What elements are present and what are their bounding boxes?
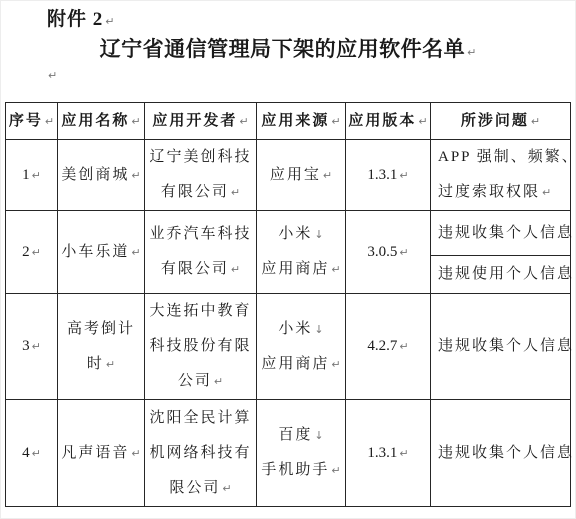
paragraph-mark-icon: ↵	[131, 104, 140, 140]
cell-text: 辽宁美创科技	[149, 149, 251, 165]
cell-text: 应用版本	[348, 113, 416, 129]
cell-text: 4	[22, 445, 30, 461]
cell-line: 违规收集个人信息↵	[438, 436, 570, 471]
developer-cell: 业乔汽车科技有限公司↵	[145, 211, 257, 294]
paragraph-mark-icon: ↵	[32, 436, 41, 471]
cell-line: 4.2.7↵	[346, 329, 430, 364]
table-header-row: 序号↵应用名称↵应用开发者↵应用来源↵应用版本↵所涉问题↵	[6, 103, 571, 140]
cell-line: 3.0.5↵	[346, 235, 430, 270]
issue-cell: 违规收集个人信息↵	[431, 294, 571, 400]
cell-line: 限公司↵	[145, 471, 256, 506]
cell-line: 应用宝↵	[257, 158, 345, 193]
cell-line: 业乔汽车科技	[145, 217, 256, 252]
line-break-mark-icon: ↓	[314, 217, 323, 252]
source-cell: 小米↓应用商店↵	[257, 211, 346, 294]
version-cell: 1.3.1↵	[346, 400, 431, 507]
cell-line: 美创商城↵	[58, 158, 144, 193]
cell-text: 机网络科技有	[149, 445, 251, 461]
column-header: 应用开发者↵	[145, 103, 257, 140]
paragraph-mark-icon: ↵	[131, 235, 140, 270]
cell-line: 应用商店↵	[257, 347, 345, 382]
cell-line: 违规收集个人信息↵	[438, 216, 570, 251]
cell-text: 3	[22, 338, 30, 354]
table-row: 4↵凡声语音↵沈阳全民计算机网络科技有限公司↵百度↓手机助手↵1.3.1↵违规收…	[6, 400, 571, 507]
cell-text: 限公司	[169, 480, 220, 496]
cell-text: 公司	[178, 373, 212, 389]
cell-line: 1.3.1↵	[346, 158, 430, 193]
paragraph-mark-icon: ↵	[399, 436, 408, 471]
column-header: 所涉问题↵	[431, 103, 571, 140]
seq-cell: 1↵	[6, 140, 58, 211]
document-page: { "document": { "attachment_label": "附件 …	[0, 0, 576, 519]
cell-line: 小米↓	[257, 217, 345, 252]
cell-text: 2	[22, 244, 30, 260]
paragraph-mark-icon: ↵	[105, 15, 114, 28]
cell-text: 小车乐道	[61, 244, 129, 260]
cell-line: 高考倒计	[58, 312, 144, 347]
cell-line: 有限公司↵	[145, 175, 256, 210]
cell-line: 科技股份有限	[145, 329, 256, 364]
paragraph-mark-icon: ↵	[214, 364, 223, 399]
attachment-label-text: 附件 2	[47, 9, 103, 30]
paragraph-mark-icon: ↵	[106, 347, 115, 382]
version-cell: 3.0.5↵	[346, 211, 431, 294]
version-cell: 4.2.7↵	[346, 294, 431, 400]
paragraph-mark-icon: ↵	[331, 252, 340, 287]
cell-text: 4.2.7	[367, 338, 397, 354]
table-row: 3↵高考倒计时↵大连拓中教育科技股份有限公司↵小米↓应用商店↵4.2.7↵违规收…	[6, 294, 571, 400]
attachment-label: 附件 2↵	[47, 4, 114, 31]
source-cell: 小米↓应用商店↵	[257, 294, 346, 400]
app-name-cell: 凡声语音↵	[58, 400, 145, 507]
paragraph-mark-icon: ↵	[399, 235, 408, 270]
cell-text: 时	[87, 356, 104, 372]
cell-line: 违规使用个人信息↵	[438, 257, 570, 292]
cell-text: 大连拓中教育	[149, 303, 251, 319]
cell-text: 百度	[278, 427, 312, 443]
paragraph-mark-icon: ↵	[331, 104, 340, 140]
cell-text: 1.3.1	[367, 167, 397, 183]
issue-cell: APP 强制、频繁、↓过度索取权限↵	[431, 140, 571, 211]
cell-line: 时↵	[58, 347, 144, 382]
column-header: 序号↵	[6, 103, 58, 140]
cell-text: 应用名称	[61, 113, 129, 129]
cell-line: 应用名称↵	[58, 103, 144, 139]
cell-line: APP 强制、频繁、↓	[438, 140, 570, 175]
developer-cell: 大连拓中教育科技股份有限公司↵	[145, 294, 257, 400]
issue-cell: 违规收集个人信息↵	[431, 400, 571, 507]
cell-line: 4↵	[6, 436, 57, 471]
paragraph-mark-icon: ↵	[418, 104, 427, 140]
paragraph-mark-icon: ↵	[131, 158, 140, 193]
cell-text: 小米	[278, 321, 312, 337]
paragraph-mark-icon: ↵	[48, 69, 57, 82]
cell-text: 过度索取权限	[438, 184, 540, 200]
cell-line: 手机助手↵	[257, 453, 345, 488]
cell-line: 沈阳全民计算	[145, 401, 256, 436]
line-break-mark-icon: ↓	[314, 418, 323, 453]
table-row: 2↵小车乐道↵业乔汽车科技有限公司↵小米↓应用商店↵3.0.5↵违规收集个人信息…	[6, 211, 571, 256]
cell-text: 有限公司	[161, 261, 229, 277]
source-cell: 应用宝↵	[257, 140, 346, 211]
cell-text: 凡声语音	[61, 445, 129, 461]
cell-line: 应用商店↵	[257, 252, 345, 287]
seq-cell: 2↵	[6, 211, 58, 294]
paragraph-mark-icon: ↵	[542, 175, 551, 210]
paragraph-mark-icon: ↵	[32, 158, 41, 193]
cell-line: 百度↓	[257, 418, 345, 453]
cell-text: 序号	[9, 113, 43, 129]
cell-text: 所涉问题	[461, 113, 529, 129]
cell-line: 应用开发者↵	[145, 103, 256, 139]
app-removal-table: 序号↵应用名称↵应用开发者↵应用来源↵应用版本↵所涉问题↵ 1↵美创商城↵辽宁美…	[5, 102, 571, 507]
cell-text: 1	[22, 167, 30, 183]
paragraph-mark-icon: ↵	[231, 175, 240, 210]
cell-line: 3↵	[6, 329, 57, 364]
line-break-mark-icon: ↓	[314, 312, 323, 347]
paragraph-mark-icon: ↵	[399, 158, 408, 193]
cell-line: 公司↵	[145, 364, 256, 399]
cell-line: 大连拓中教育	[145, 294, 256, 329]
paragraph-mark-icon: ↵	[32, 235, 41, 270]
cell-text: 1.3.1	[367, 445, 397, 461]
cell-text: 手机助手	[261, 462, 329, 478]
cell-text: 违规收集个人信息	[438, 445, 574, 461]
cell-text: 应用商店	[261, 261, 329, 277]
cell-line: 小车乐道↵	[58, 235, 144, 270]
paragraph-mark-icon: ↵	[45, 104, 54, 140]
issue-cell: 违规使用个人信息↵	[431, 256, 571, 294]
cell-line: 1↵	[6, 158, 57, 193]
cell-line: 应用版本↵	[346, 103, 430, 139]
seq-cell: 3↵	[6, 294, 58, 400]
paragraph-mark-icon: ↵	[231, 252, 240, 287]
column-header: 应用版本↵	[346, 103, 431, 140]
cell-line: 小米↓	[257, 312, 345, 347]
cell-text: 违规收集个人信息	[438, 225, 574, 241]
cell-text: 科技股份有限	[149, 338, 251, 354]
empty-paragraph: ↵	[46, 66, 57, 84]
cell-text: 应用开发者	[152, 113, 237, 129]
column-header: 应用来源↵	[257, 103, 346, 140]
cell-text: APP 强制、频繁、	[438, 149, 576, 165]
cell-line: 应用来源↵	[257, 103, 345, 139]
issue-cell: 违规收集个人信息↵	[431, 211, 571, 256]
paragraph-mark-icon: ↵	[222, 471, 231, 506]
paragraph-mark-icon: ↵	[323, 158, 332, 193]
cell-line: 违规收集个人信息↵	[438, 329, 570, 364]
paragraph-mark-icon: ↵	[331, 453, 340, 488]
seq-cell: 4↵	[6, 400, 58, 507]
table-row: 1↵美创商城↵辽宁美创科技有限公司↵应用宝↵1.3.1↵APP 强制、频繁、↓过…	[6, 140, 571, 211]
version-cell: 1.3.1↵	[346, 140, 431, 211]
paragraph-mark-icon: ↵	[131, 436, 140, 471]
paragraph-mark-icon: ↵	[467, 46, 476, 59]
page-title: 辽宁省通信管理局下架的应用软件名单↵	[0, 33, 576, 63]
cell-text: 应用来源	[261, 113, 329, 129]
cell-line: 有限公司↵	[145, 252, 256, 287]
cell-line: 序号↵	[6, 103, 57, 139]
developer-cell: 辽宁美创科技有限公司↵	[145, 140, 257, 211]
cell-text: 违规收集个人信息	[438, 338, 574, 354]
cell-text: 应用商店	[261, 356, 329, 372]
column-header: 应用名称↵	[58, 103, 145, 140]
cell-line: 机网络科技有	[145, 436, 256, 471]
cell-text: 高考倒计	[67, 321, 135, 337]
cell-line: 所涉问题↵	[431, 103, 570, 139]
cell-text: 应用宝	[270, 167, 321, 183]
cell-line: 凡声语音↵	[58, 436, 144, 471]
cell-text: 有限公司	[161, 184, 229, 200]
app-name-cell: 高考倒计时↵	[58, 294, 145, 400]
cell-line: 2↵	[6, 235, 57, 270]
cell-text: 美创商城	[61, 167, 129, 183]
paragraph-mark-icon: ↵	[531, 104, 540, 140]
cell-line: 1.3.1↵	[346, 436, 430, 471]
app-name-cell: 美创商城↵	[58, 140, 145, 211]
paragraph-mark-icon: ↵	[239, 104, 248, 140]
cell-text: 业乔汽车科技	[149, 226, 251, 242]
cell-text: 沈阳全民计算	[149, 410, 251, 426]
paragraph-mark-icon: ↵	[32, 329, 41, 364]
page-title-text: 辽宁省通信管理局下架的应用软件名单	[100, 37, 466, 61]
cell-text: 小米	[278, 226, 312, 242]
paragraph-mark-icon: ↵	[399, 329, 408, 364]
cell-text: 违规使用个人信息	[438, 266, 574, 282]
cell-line: 辽宁美创科技	[145, 140, 256, 175]
developer-cell: 沈阳全民计算机网络科技有限公司↵	[145, 400, 257, 507]
app-name-cell: 小车乐道↵	[58, 211, 145, 294]
cell-text: 3.0.5	[367, 244, 397, 260]
cell-line: 过度索取权限↵	[438, 175, 570, 210]
source-cell: 百度↓手机助手↵	[257, 400, 346, 507]
paragraph-mark-icon: ↵	[331, 347, 340, 382]
